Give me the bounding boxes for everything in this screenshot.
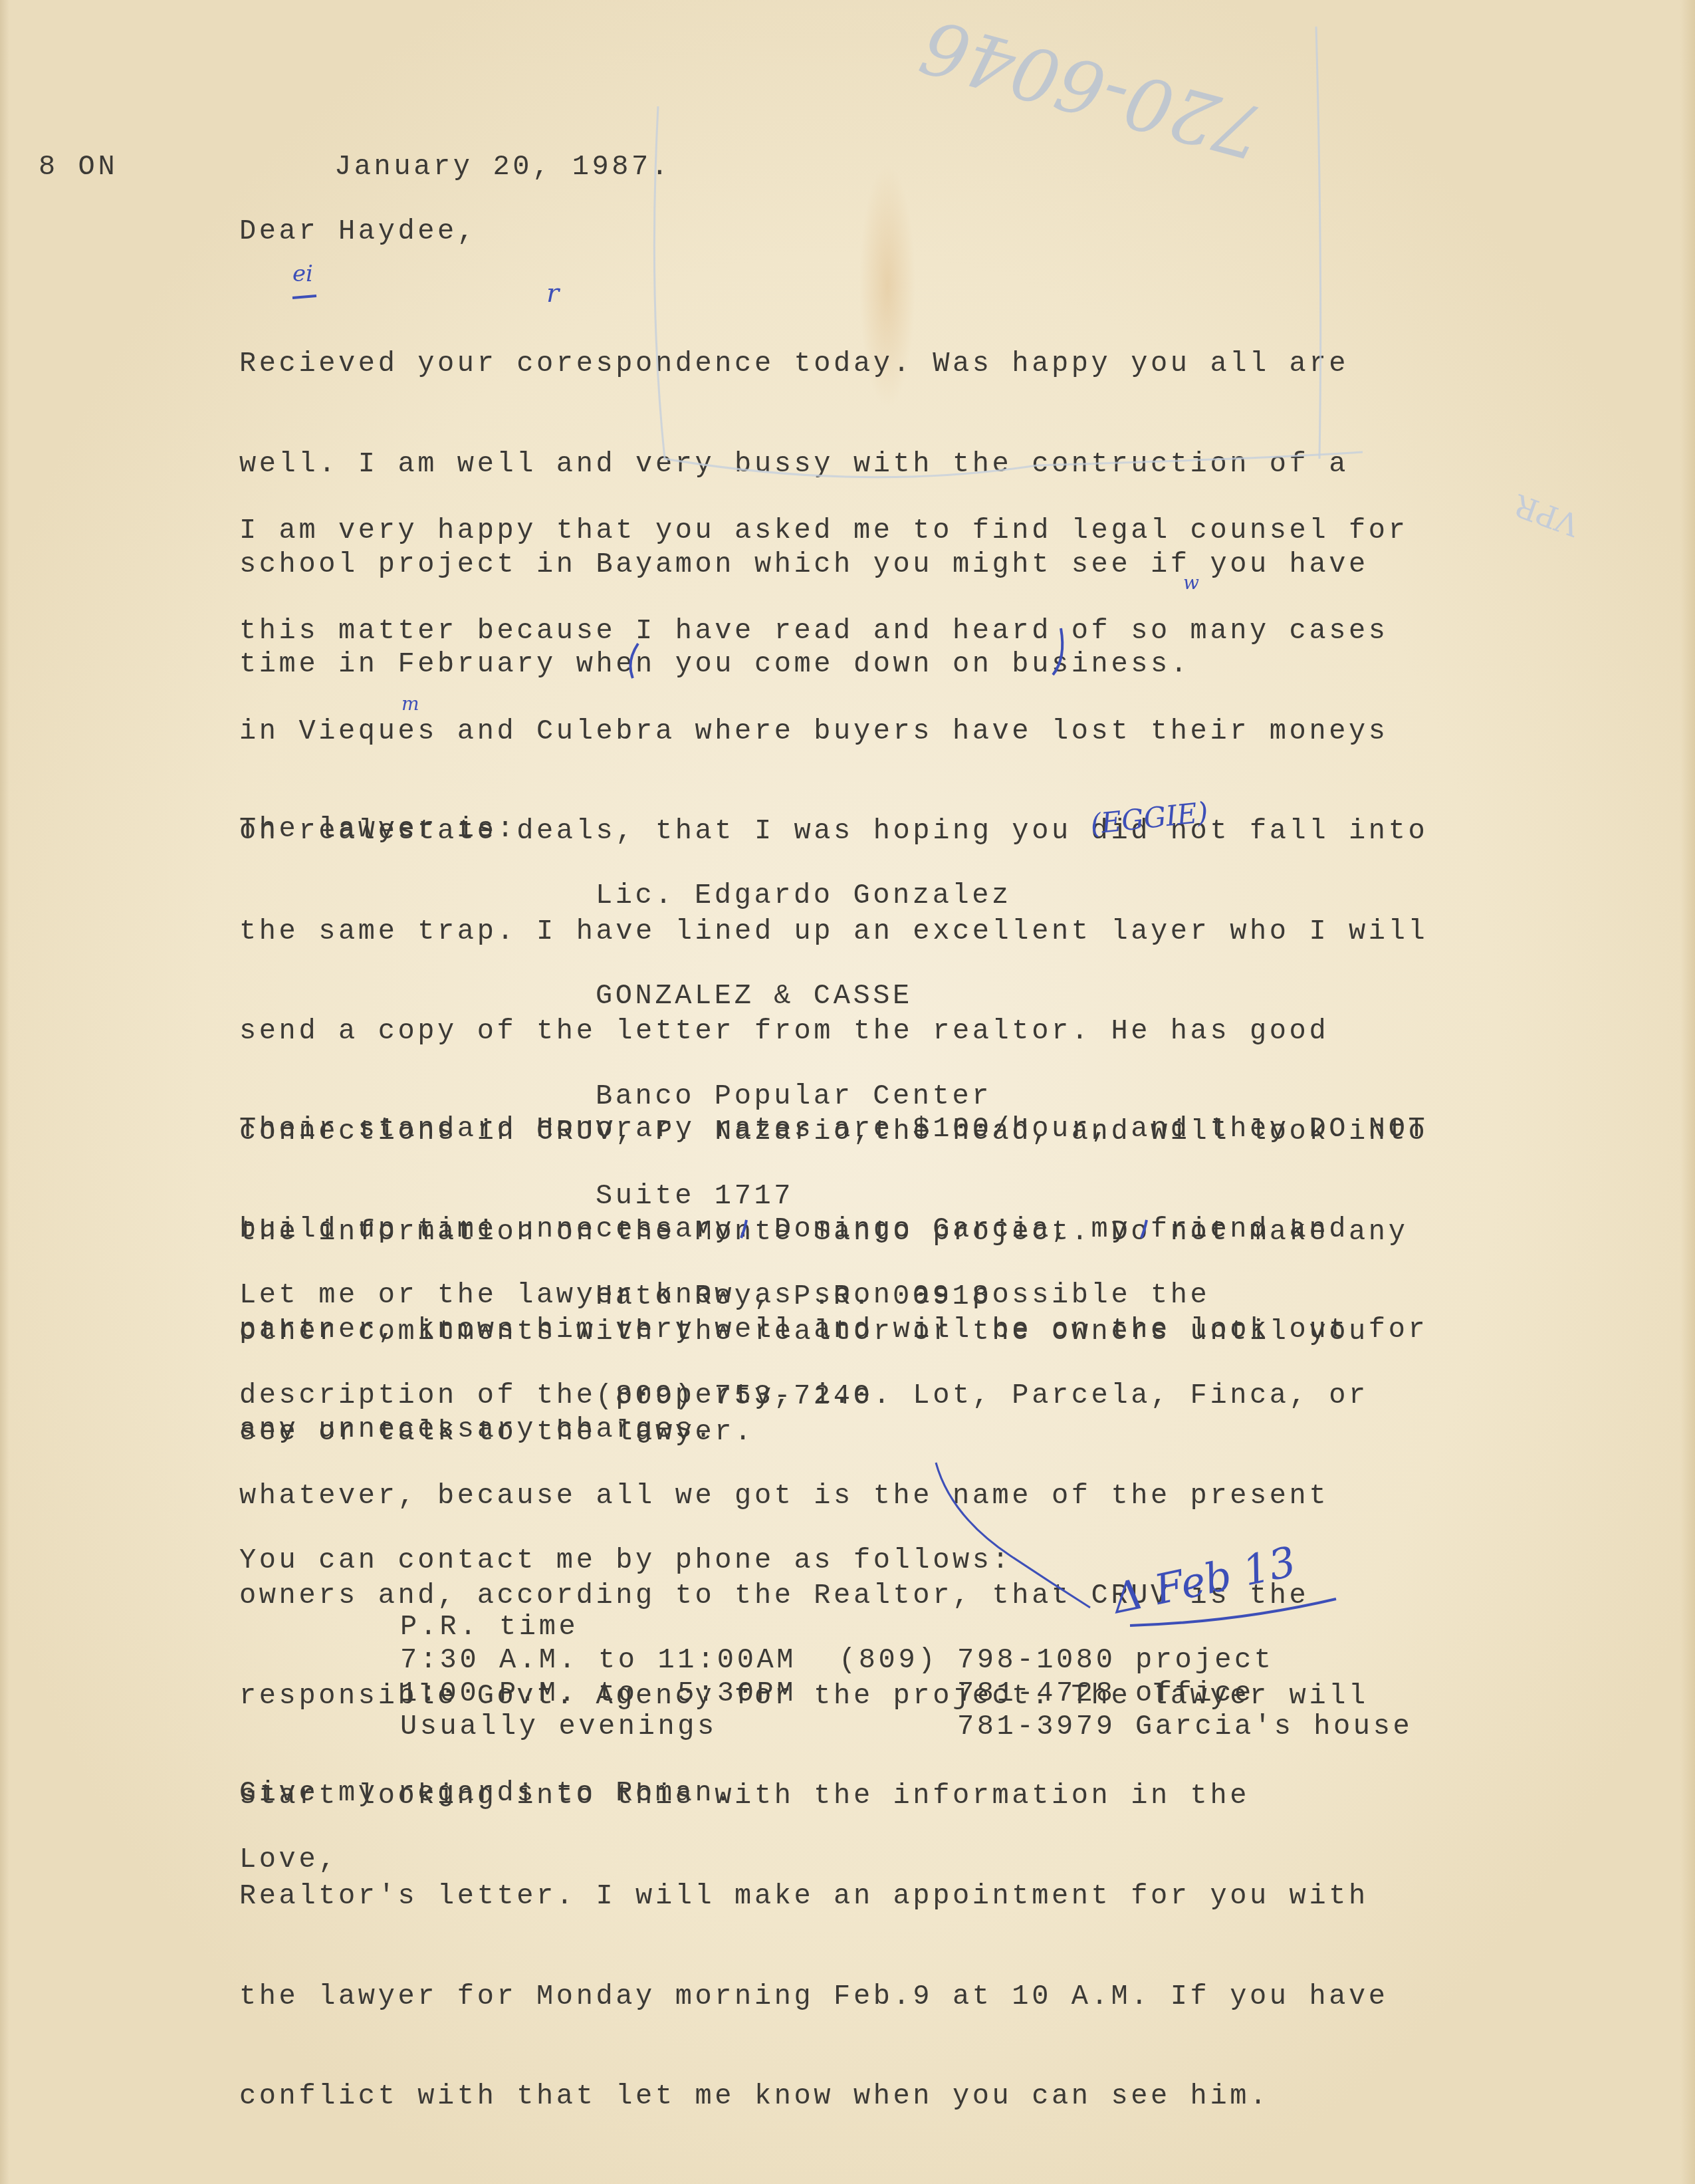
salutation: Dear Haydee,: [239, 215, 477, 248]
paragraph-line: Recieved your corespondence today. Was h…: [239, 347, 1369, 380]
paragraph-line: I am very happy that you asked me to fin…: [239, 514, 1428, 547]
paragraph-line: description of the property, i.e. Lot, P…: [239, 1379, 1389, 1412]
contact-area-code: (809): [839, 1643, 938, 1677]
handwritten-insert-m: m: [401, 693, 419, 715]
lawyer-label: The lawyer is:: [239, 812, 516, 846]
contact-place: office: [1135, 1677, 1254, 1710]
contact-time: 1:00 P.M. to 5:30PM: [400, 1677, 796, 1710]
contact-number: 781-3979: [957, 1710, 1115, 1743]
letter-date: January 20, 1987.: [334, 150, 671, 183]
contact-heading: P.R. time: [400, 1610, 578, 1643]
paper-edge-right: [1680, 0, 1695, 2184]
paragraph-line: in Vieques and Culebra where buyers have…: [239, 715, 1428, 748]
contact-number: 781-4728: [957, 1677, 1115, 1710]
contact-place: Garcia's house: [1135, 1710, 1412, 1743]
contact-time: 7:30 A.M. to 11:00AM: [400, 1643, 796, 1677]
handwritten-insert-w: w: [1183, 572, 1199, 594]
contact-number: 798-1080: [957, 1643, 1115, 1677]
signoff: Love,: [239, 1843, 338, 1876]
paragraph-line: Let me or the lawyer know as soon as pos…: [239, 1278, 1389, 1312]
law-firm: GONZALEZ & CASSE: [596, 979, 1012, 1013]
paragraph-line: conflict with that let me know when you …: [239, 2080, 1389, 2113]
paragraph-line: whatever, because all we got is the name…: [239, 1479, 1389, 1513]
paragraph-line: Their standard Honorary rates are $100/h…: [239, 1112, 1428, 1146]
handwritten-insert-r: r: [546, 278, 559, 308]
paragraph-line: Realtor's letter. I will make an appoint…: [239, 1880, 1389, 1913]
lawyer-name: Lic. Edgardo Gonzalez: [596, 879, 1012, 912]
paper-edge-left: [0, 0, 9, 2184]
paragraph-line: this matter because I have read and hear…: [239, 614, 1428, 648]
contact-intro: You can contact me by phone as follows:: [239, 1544, 1012, 1577]
svg-text:VPR: VPR: [1509, 487, 1585, 543]
contact-place: project: [1135, 1643, 1274, 1677]
file-mark: 8 ON: [39, 150, 118, 183]
handwritten-correction-ei: ei: [292, 261, 313, 287]
paragraph-line: the lawyer for Monday morning Feb.9 at 1…: [239, 1980, 1389, 2013]
contact-time: Usually evenings: [400, 1710, 717, 1743]
pencil-phone-note: 720-6046: [912, 3, 1272, 176]
regards-line: Give my regards to Roman.: [239, 1776, 734, 1810]
